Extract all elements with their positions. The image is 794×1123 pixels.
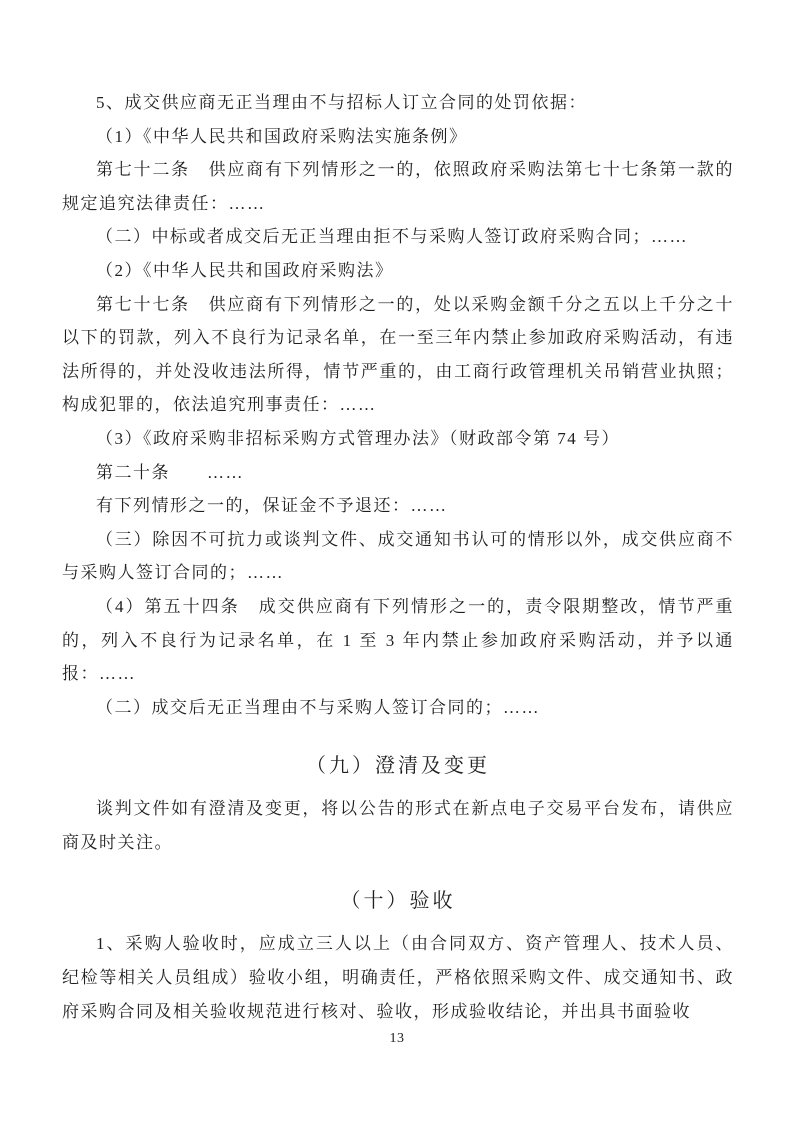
paragraph: 谈判文件如有澄清及变更，将以公告的形式在新点电子交易平台发布，请供应商及时关注。 — [62, 792, 734, 859]
document-page: 5、成交供应商无正当理由不与招标人订立合同的处罚依据： （1）《中华人民共和国政… — [0, 0, 794, 1123]
paragraph: （2）《中华人民共和国政府采购法》 — [62, 254, 734, 288]
document-body: 5、成交供应商无正当理由不与招标人订立合同的处罚依据： （1）《中华人民共和国政… — [62, 86, 734, 1028]
paragraph: 1、采购人验收时，应成立三人以上（由合同双方、资产管理人、技术人员、纪检等相关人… — [62, 927, 734, 1028]
section-heading-clarification: （九）澄清及变更 — [62, 746, 734, 786]
paragraph: 5、成交供应商无正当理由不与招标人订立合同的处罚依据： — [62, 86, 734, 120]
paragraph: 第七十二条 供应商有下列情形之一的，依照政府采购法第七十七条第一款的规定追究法律… — [62, 153, 734, 220]
paragraph: （二）中标或者成交后无正当理由拒不与采购人签订政府采购合同；…… — [62, 220, 734, 254]
paragraph: （4）第五十四条 成交供应商有下列情形之一的，责令限期整改，情节严重的，列入不良… — [62, 590, 734, 691]
paragraph: 有下列情形之一的，保证金不予退还：…… — [62, 489, 734, 523]
paragraph: （二）成交后无正当理由不与采购人签订合同的；…… — [62, 691, 734, 725]
page-number: 13 — [0, 1031, 794, 1047]
paragraph: 第二十条 …… — [62, 456, 734, 490]
paragraph: 第七十七条 供应商有下列情形之一的，处以采购金额千分之五以上千分之十以下的罚款，… — [62, 288, 734, 422]
paragraph: （三）除因不可抗力或谈判文件、成交通知书认可的情形以外，成交供应商不与采购人签订… — [62, 523, 734, 590]
paragraph: （1）《中华人民共和国政府采购法实施条例》 — [62, 120, 734, 154]
paragraph: （3）《政府采购非招标采购方式管理办法》（财政部令第 74 号） — [62, 422, 734, 456]
section-heading-acceptance: （十）验收 — [62, 881, 734, 921]
